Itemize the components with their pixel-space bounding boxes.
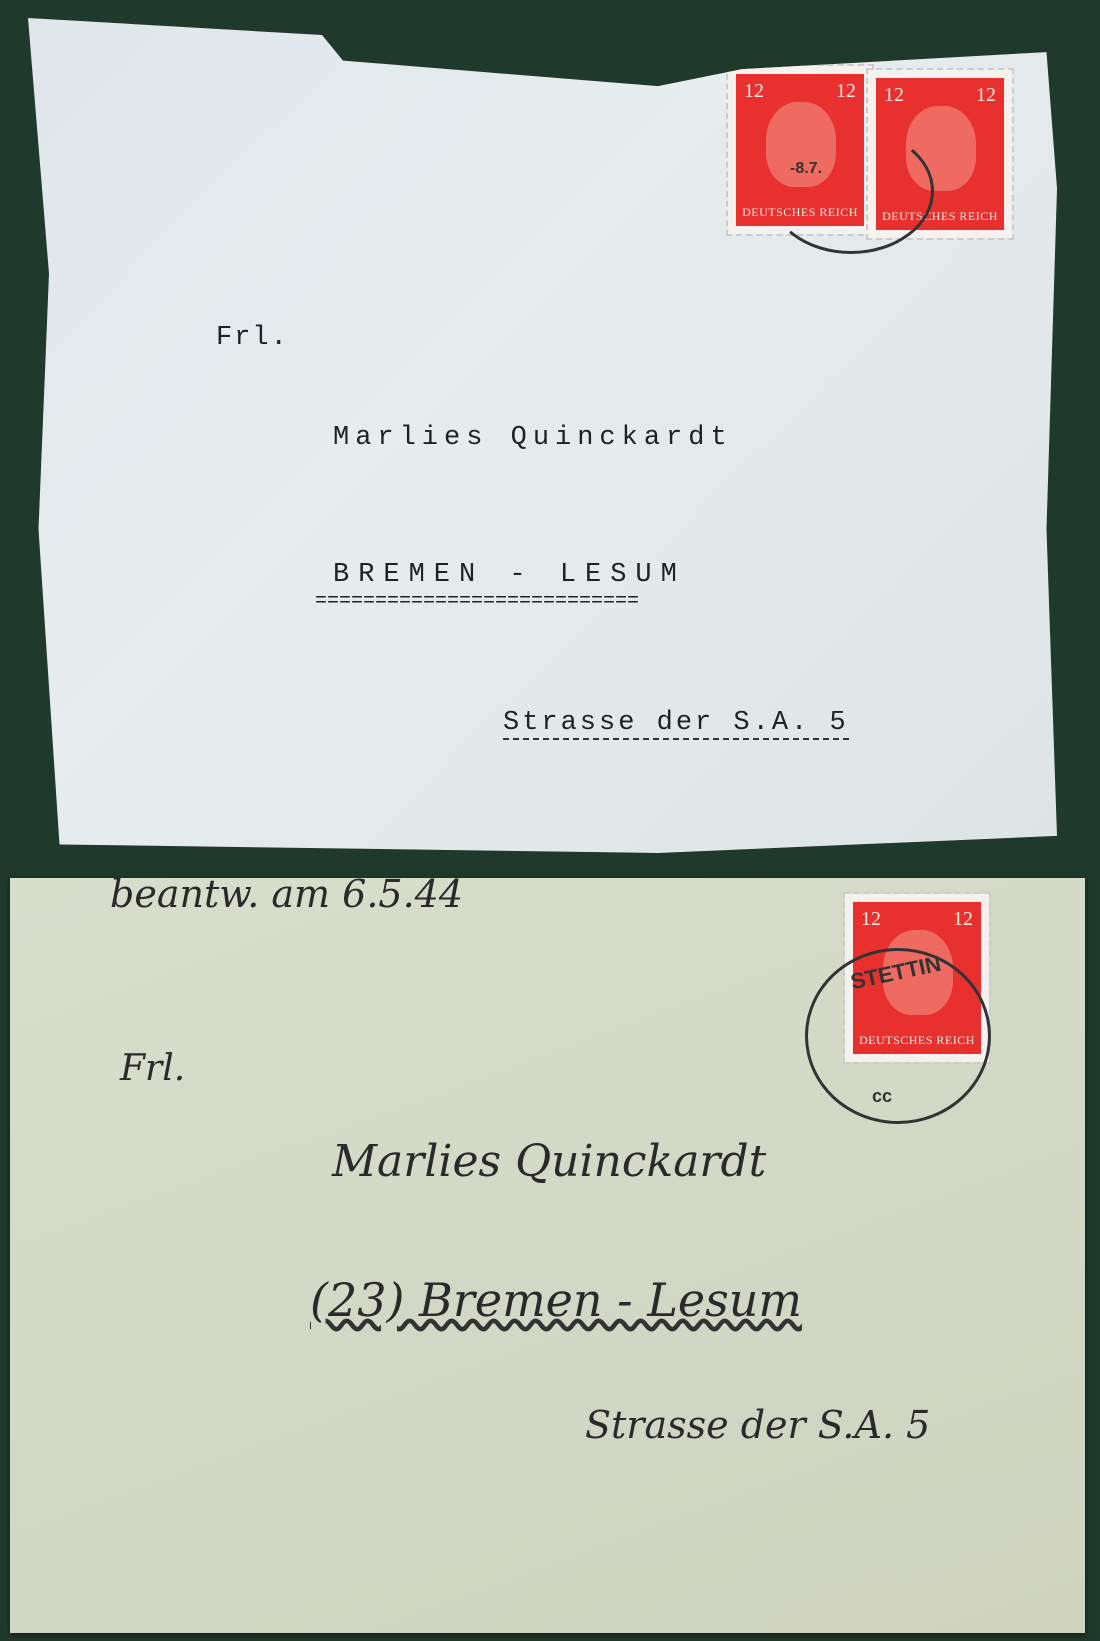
city-underline: =========================== — [315, 590, 639, 613]
street: Strasse der S.A. 5 — [503, 708, 849, 740]
stamp-value: 12 — [976, 84, 996, 107]
stamp-value: 12 — [744, 80, 764, 103]
reply-annotation: beantw. am 6.5.44 — [110, 872, 463, 916]
recipient-name: Marlies Quinckardt — [333, 423, 733, 453]
stamp-value: 12 — [861, 908, 881, 931]
postmark-date: -8.7. — [790, 160, 822, 178]
recipient-name: Marlies Quinckardt — [332, 1136, 766, 1187]
postmark-code: cc — [872, 1086, 892, 1107]
city: (23) Bremen - Lesum — [310, 1273, 802, 1327]
stamp-value: 12 — [953, 908, 973, 931]
salutation: Frl. — [120, 1048, 185, 1089]
postmark — [768, 128, 934, 254]
stamp-value: 12 — [836, 80, 856, 103]
salutation: Frl. — [216, 323, 289, 353]
stamp-value: 12 — [884, 84, 904, 107]
street: Strasse der S.A. 5 — [585, 1403, 930, 1447]
envelope-handwritten: beantw. am 6.5.44 12 12 DEUTSCHES REICH … — [10, 878, 1085, 1633]
city: BREMEN - LESUM — [333, 560, 686, 590]
envelope-typewritten: 12 12 DEUTSCHES REICH 12 12 DEUTSCHES RE… — [28, 18, 1078, 870]
